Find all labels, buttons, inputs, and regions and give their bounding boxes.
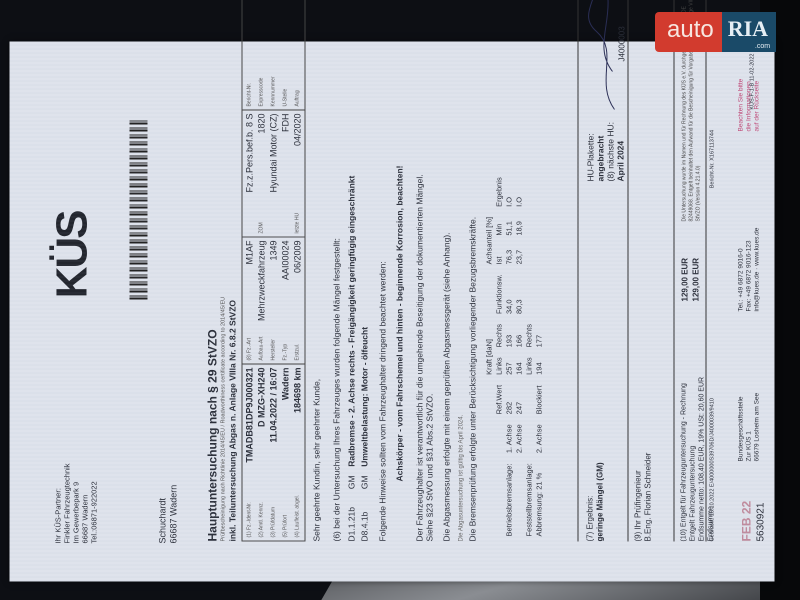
table-row: Abbremsung: 21 %2. Achse Blockiert194 17… bbox=[534, 172, 544, 541]
finding-1: D1.1.21b GM Radbremse - 2. Achse rechts … bbox=[347, 176, 358, 542]
hints-intro: Folgende Hinweise sollten vom Fahrzeugha… bbox=[378, 261, 389, 541]
examiner-section: (9) Ihr Prüfingenieur B.Eng. Florian Sch… bbox=[634, 453, 654, 542]
received-stamp-date: FEB 22 bbox=[740, 501, 754, 542]
brake-test-table: Kraft [daN] Achsanteil [%] Ref.WertLinks… bbox=[484, 172, 544, 541]
document-number: 5630921 bbox=[756, 503, 767, 542]
table-row: Betriebsbremsanlage:1. Achse 282257 1933… bbox=[504, 172, 514, 541]
brake-intro: Die Bremsenprüfung erfolgte unter Berück… bbox=[468, 217, 479, 542]
hint: Achskörper - vom Fahrschemel und hinten … bbox=[395, 166, 406, 482]
result-section: (7) Ergebnis: geringe Mängel (GM) bbox=[586, 462, 606, 541]
table-header-row: Ref.WertLinks RechtsFunktionsw. IstMin E… bbox=[494, 172, 504, 541]
findings-intro: (6) bei der Untersuchung Ihres Fahrzeuge… bbox=[332, 238, 343, 541]
inspection-report-document: Ihr KÜS-Partner: Finkler Fahrzeugtechnik… bbox=[10, 42, 775, 582]
table-row: Kraft [daN] Achsanteil [%] bbox=[484, 172, 494, 541]
divider bbox=[674, 0, 675, 542]
watermark-auto: auto bbox=[655, 12, 722, 52]
watermark-ria: RIA.com bbox=[722, 12, 776, 52]
greeting: Sehr geehrte Kundin, sehr geehrter Kunde… bbox=[312, 379, 323, 542]
divider bbox=[628, 0, 629, 542]
signature-id: J4000003 bbox=[618, 26, 627, 61]
validity-note: Die Abgasuntersuchung ist gültig bis Apr… bbox=[457, 415, 468, 542]
table-row: Feststellbremsanlage: Links Rechts bbox=[524, 172, 534, 541]
divider bbox=[578, 0, 579, 542]
vehicle-col-4: Bericht-Nr.X167113744 ExpresscodeY7J8QTV… bbox=[243, 0, 305, 110]
form-id: KÜS-F-1-B 11-02-2022 bbox=[750, 54, 756, 110]
responsibility-2: Siehe §23 StVO und §31 Abs.2 StVZO. bbox=[425, 394, 436, 542]
barcode bbox=[130, 120, 148, 300]
table-row: 2. Achse 247164 16680,3 23,718,9 I.O bbox=[514, 172, 524, 541]
kus-logo: KÜS bbox=[48, 212, 98, 299]
vehicle-col-2: (8) Fz.-ArtM1AF Aufbau-ArtMehrzweckfahrz… bbox=[243, 237, 305, 364]
contact-info: Tel.: +49 6872 9016-0 Fax: +49 6872 9016… bbox=[738, 228, 762, 312]
head-office-address: Bundesgeschäftsstelle Zur KÜS 1 66679 Lo… bbox=[738, 393, 762, 462]
document-title: Hauptuntersuchung nach § 29 StVZO bbox=[206, 329, 220, 541]
fees-amounts: 129,00 EUR 129,00 EUR bbox=[680, 258, 702, 302]
autoria-watermark: auto RIA.com bbox=[655, 12, 776, 52]
emission-note: Die Abgasmessung erfolgte mit einem gepr… bbox=[442, 232, 453, 541]
document-subtitle-emissions: inkl. Teiluntersuchung Abgas n. Anlage V… bbox=[228, 300, 238, 542]
partner-address: Ihr KÜS-Partner: Finkler Fahrzeugtechnik… bbox=[54, 463, 99, 543]
vehicle-col-1: (1) Fz.-Ident-Nr.TMADB81DP9J000321 (2) A… bbox=[243, 364, 305, 541]
finding-2: D8.4.1b GM Umweltbelastung: Motor - ölfe… bbox=[360, 327, 371, 542]
footer-line: Gedruckt: 18.10.2022 E/4000000S39706D/J4… bbox=[710, 0, 716, 542]
hu-sticker-section: HU-Plakette: angebracht (8) nächste HU: … bbox=[586, 122, 626, 182]
customer-address: Schuchardt 66687 Wadern bbox=[158, 485, 180, 544]
vehicle-col-3: Fz.z.Pers.bef.b. 8 S ZOM1820 Hyundai Mot… bbox=[243, 110, 305, 237]
document-subtitle: Prüfbescheinigung nach Richtlinie 2014/4… bbox=[221, 297, 227, 542]
vehicle-data-table: (1) Fz.-Ident-Nr.TMADB81DP9J000321 (2) A… bbox=[242, 0, 306, 542]
